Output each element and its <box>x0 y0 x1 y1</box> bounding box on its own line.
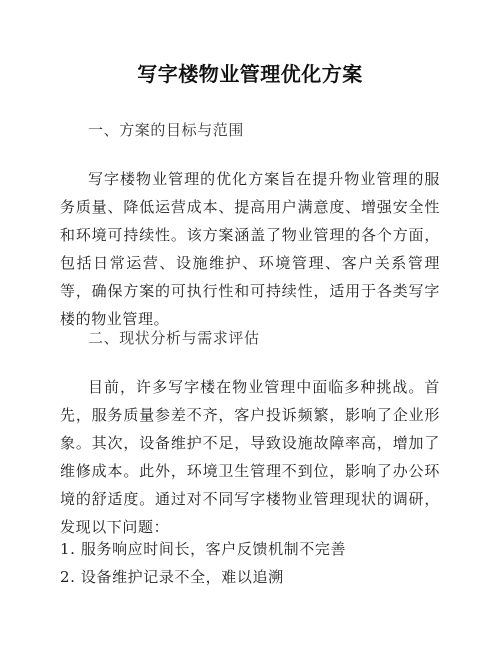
section-paragraph: 写字楼物业管理的优化方案旨在提升物业管理的服务质量、降低运营成本、提高用户满意度… <box>60 165 440 333</box>
section-heading: 一、方案的目标与范围 <box>60 116 440 144</box>
section-1: 一、方案的目标与范围 <box>60 116 440 144</box>
section-paragraph: 目前，许多写字楼在物业管理中面临多种挑战。首先，服务质量参差不齐，客户投诉频繁，… <box>60 373 440 541</box>
document-title: 写字楼物业管理优化方案 <box>0 60 500 88</box>
list-item: 2. 设备维护记录不全，难以追溯 <box>60 563 440 591</box>
issue-list: 1. 服务响应时间长，客户反馈机制不完善 2. 设备维护记录不全，难以追溯 <box>60 535 440 591</box>
section-1-body: 写字楼物业管理的优化方案旨在提升物业管理的服务质量、降低运营成本、提高用户满意度… <box>60 165 440 333</box>
section-2: 二、现状分析与需求评估 <box>60 324 440 352</box>
document-page: 写字楼物业管理优化方案 一、方案的目标与范围 写字楼物业管理的优化方案旨在提升物… <box>0 0 500 647</box>
section-2-body: 目前，许多写字楼在物业管理中面临多种挑战。首先，服务质量参差不齐，客户投诉频繁，… <box>60 373 440 541</box>
list-item: 1. 服务响应时间长，客户反馈机制不完善 <box>60 535 440 563</box>
section-heading: 二、现状分析与需求评估 <box>60 324 440 352</box>
